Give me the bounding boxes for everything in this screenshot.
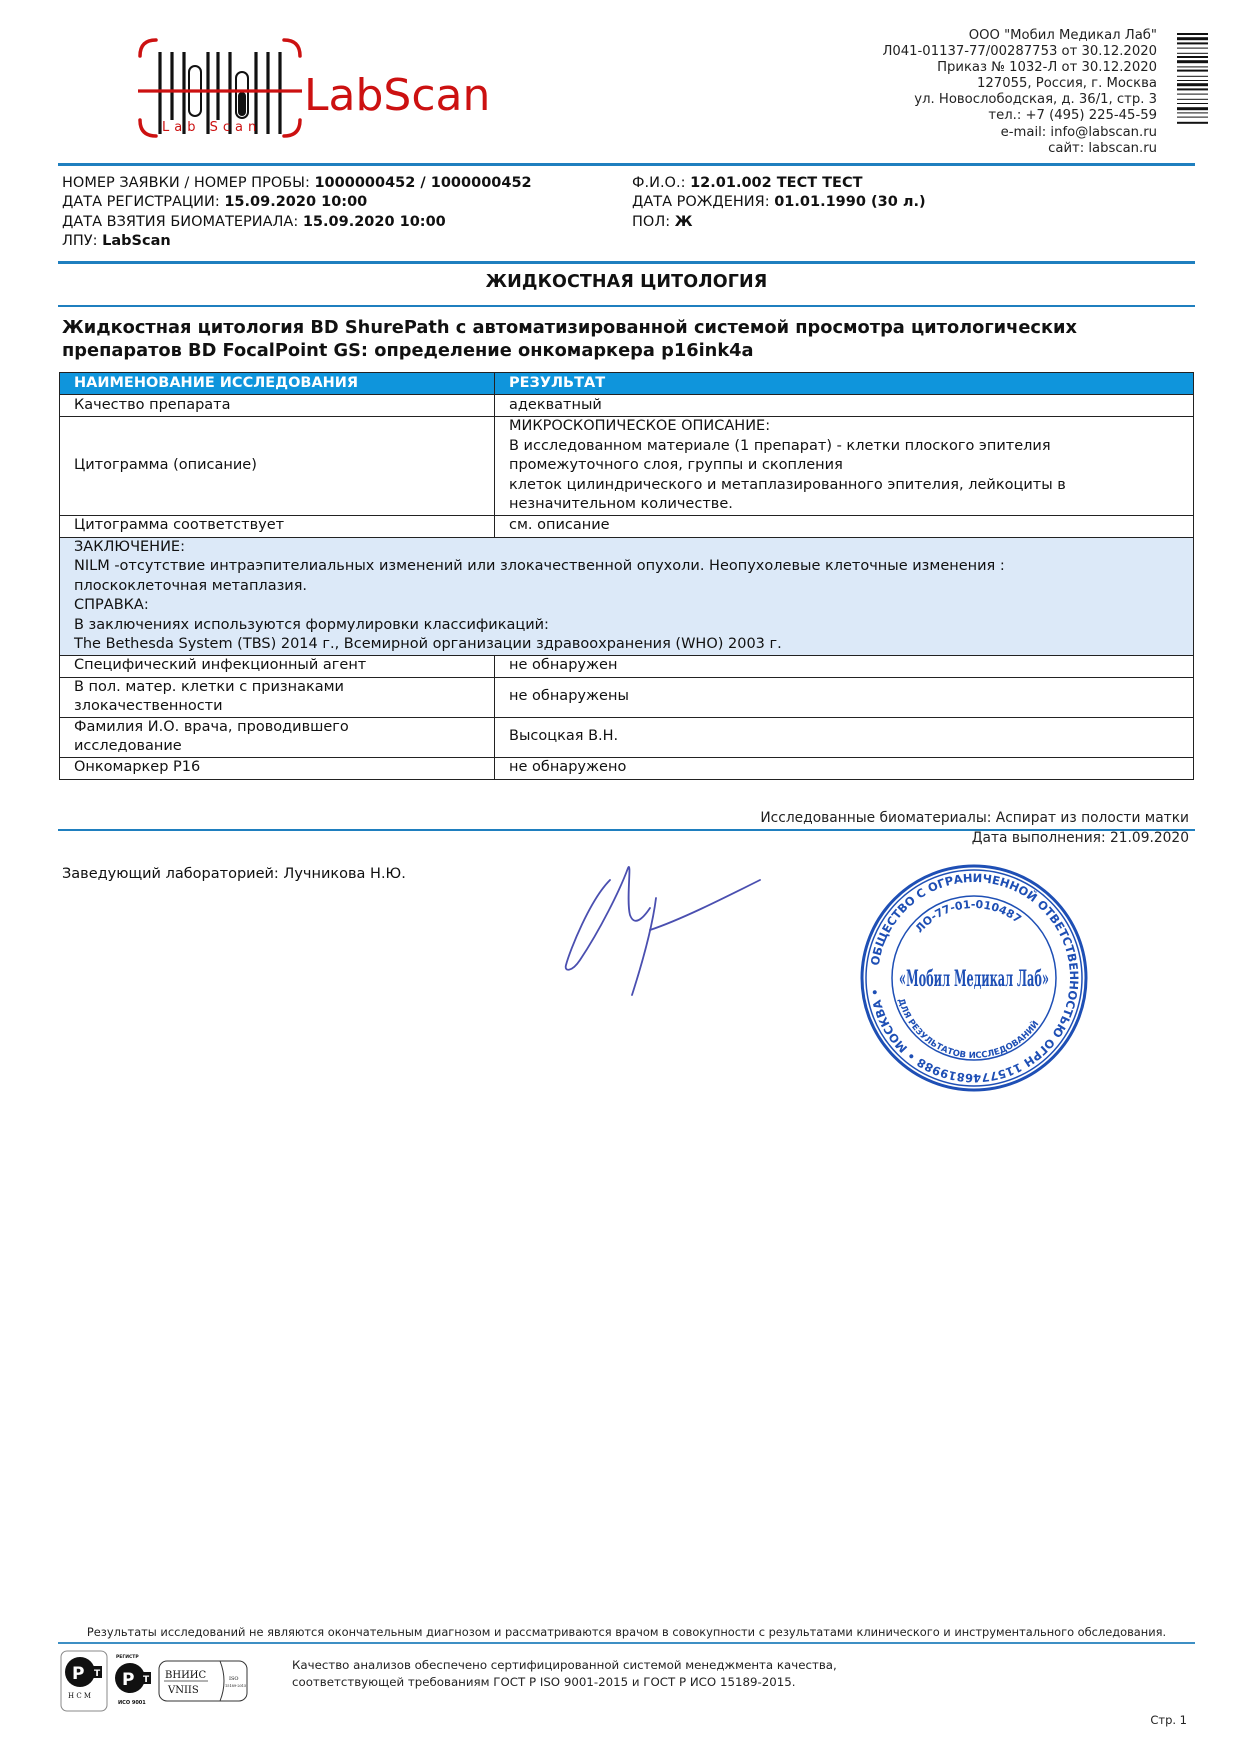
stamp-bottom: ДЛЯ РЕЗУЛЬТАТОВ ИССЛЕДОВАНИЙ <box>895 997 1041 1061</box>
clinic: LabScan <box>102 233 171 249</box>
column-header-name: НАИМЕНОВАНИЕ ИССЛЕДОВАНИЯ <box>60 373 495 395</box>
table-row: Онкомаркер Р16 не обнаружено <box>60 757 1194 779</box>
conclusion-text: ЗАКЛЮЧЕНИЕ: NILM -отсутствие интраэпител… <box>60 537 1194 655</box>
test-result: см. описание <box>495 515 1194 537</box>
patient-name: 12.01.002 ТЕСТ ТЕСТ <box>690 175 862 191</box>
svg-text:ВНИИС: ВНИИС <box>165 1670 207 1681</box>
page-number: Стр. 1 <box>1150 1713 1187 1727</box>
test-result: МИКРОСКОПИЧЕСКОЕ ОПИСАНИЕ: В исследованн… <box>495 417 1194 516</box>
test-name: Качество препарата <box>60 395 495 417</box>
barcode-icon <box>1177 33 1208 161</box>
lab-city: 127055, Россия, г. Москва <box>882 76 1157 92</box>
biomaterials: Исследованные биоматериалы: Аспират из п… <box>760 810 1189 826</box>
section-title: ЖИДКОСТНАЯ ЦИТОЛОГИЯ <box>58 272 1195 292</box>
table-row: Качество препарата адекватный <box>60 395 1194 417</box>
table-row: Фамилия И.О. врача, проводившего исследо… <box>60 717 1194 757</box>
test-result: не обнаружен <box>495 655 1194 677</box>
test-result: Высоцкая В.Н. <box>495 717 1194 757</box>
svg-text:Т: Т <box>143 1675 150 1685</box>
lab-order: Приказ № 1032-Л от 30.12.2020 <box>882 60 1157 76</box>
test-result: адекватный <box>495 395 1194 417</box>
table-row: Цитограмма соответствует см. описание <box>60 515 1194 537</box>
order-number: 1000000452 / 1000000452 <box>314 175 531 191</box>
table-row: Цитограмма (описание) МИКРОСКОПИЧЕСКОЕ О… <box>60 417 1194 516</box>
svg-text:VNIIS: VNIIS <box>167 1685 199 1696</box>
registration-date-line: ДАТА РЕГИСТРАЦИИ: 15.09.2020 10:00 <box>62 193 532 212</box>
clinic-line: ЛПУ: LabScan <box>62 232 532 251</box>
results-table: НАИМЕНОВАНИЕ ИССЛЕДОВАНИЯ РЕЗУЛЬТАТ Каче… <box>59 372 1194 780</box>
table-header: НАИМЕНОВАНИЕ ИССЛЕДОВАНИЯ РЕЗУЛЬТАТ <box>60 373 1194 395</box>
section-rule <box>58 305 1195 307</box>
order-number-line: НОМЕР ЗАЯВКИ / НОМЕР ПРОБЫ: 1000000452 /… <box>62 174 532 193</box>
info-rule <box>58 261 1195 264</box>
quality-statement: Качество анализов обеспечено сертифициро… <box>292 1657 837 1690</box>
column-header-result: РЕЗУЛЬТАТ <box>495 373 1194 395</box>
stamp-icon: ОБЩЕСТВО С ОГРАНИЧЕННОЙ ОТВЕТСТВЕННОСТЬЮ… <box>858 862 1090 1094</box>
lab-site: сайт: labscan.ru <box>882 141 1157 157</box>
lab-street: ул. Новослободская, д. 36/1, стр. 3 <box>882 92 1157 108</box>
svg-text:15189-2015: 15189-2015 <box>225 1684 246 1688</box>
signature-icon <box>560 860 790 1010</box>
svg-text:ISO: ISO <box>229 1676 239 1682</box>
svg-text:P: P <box>72 1664 84 1684</box>
svg-text:РЕГИСТР: РЕГИСТР <box>116 1654 139 1660</box>
head-of-lab: Заведующий лабораторией: Лучникова Н.Ю. <box>62 866 406 882</box>
svg-text:ДЛЯ РЕЗУЛЬТАТОВ ИССЛЕДОВАНИЙ: ДЛЯ РЕЗУЛЬТАТОВ ИССЛЕДОВАНИЙ <box>895 997 1041 1061</box>
svg-text:Т: Т <box>94 1669 101 1679</box>
sex: Ж <box>675 214 693 230</box>
test-result: не обнаружено <box>495 757 1194 779</box>
order-info: НОМЕР ЗАЯВКИ / НОМЕР ПРОБЫ: 1000000452 /… <box>62 174 532 251</box>
rst-iso9001-logo-icon: РЕГИСТР P Т ИСО 9001 <box>115 1654 151 1706</box>
test-title: Жидкостная цитология BD ShurePath с авто… <box>62 316 1192 362</box>
sample-date: 15.09.2020 10:00 <box>303 214 446 230</box>
table-row: В пол. матер. клетки с признаками злокач… <box>60 677 1194 717</box>
svg-text:ИСО 9001: ИСО 9001 <box>118 1700 146 1706</box>
sex-line: ПОЛ: Ж <box>632 213 926 232</box>
lab-phone: тел.: +7 (495) 225-45-59 <box>882 108 1157 124</box>
test-name: Онкомаркер Р16 <box>60 757 495 779</box>
rst-nsm-logo-icon: P Т Н С М <box>61 1651 107 1711</box>
registration-date: 15.09.2020 10:00 <box>224 194 367 210</box>
logo-subtext: Lab Scan <box>162 120 261 135</box>
lab-license: Л041-01137-77/00287753 от 30.12.2020 <box>882 44 1157 60</box>
lab-name: ООО "Мобил Медикал Лаб" <box>882 28 1157 44</box>
lab-contact-info: ООО "Мобил Медикал Лаб" Л041-01137-77/00… <box>882 28 1157 157</box>
conclusion-row: ЗАКЛЮЧЕНИЕ: NILM -отсутствие интраэпител… <box>60 537 1194 655</box>
birth-date: 01.01.1990 (30 л.) <box>774 194 925 210</box>
sample-date-line: ДАТА ВЗЯТИЯ БИОМАТЕРИАЛА: 15.09.2020 10:… <box>62 213 532 232</box>
svg-text:P: P <box>122 1670 134 1690</box>
labscan-logo: Lab Scan LabScan <box>136 30 506 150</box>
lab-email: e-mail: info@labscan.ru <box>882 125 1157 141</box>
test-name: Цитограмма соответствует <box>60 515 495 537</box>
vniis-logo-icon: ВНИИС VNIIS ISO 15189-2015 <box>159 1661 247 1701</box>
stamp-center: «Мобил Медикал Лаб» <box>899 966 1049 992</box>
test-name: В пол. матер. клетки с признаками злокач… <box>60 677 495 717</box>
certification-logos: P Т Н С М РЕГИСТР P Т ИСО 9001 ВНИИС VNI… <box>60 1650 270 1712</box>
footer-rule <box>58 1642 1195 1644</box>
svg-text:Н С М: Н С М <box>68 1692 91 1700</box>
patient-name-line: Ф.И.О.: 12.01.002 ТЕСТ ТЕСТ <box>632 174 926 193</box>
birth-date-line: ДАТА РОЖДЕНИЯ: 01.01.1990 (30 л.) <box>632 193 926 212</box>
test-name: Специфический инфекционный агент <box>60 655 495 677</box>
test-result: не обнаружены <box>495 677 1194 717</box>
test-name: Цитограмма (описание) <box>60 417 495 516</box>
logo-title: LabScan <box>304 70 490 121</box>
execution-date: Дата выполнения: 21.09.2020 <box>972 830 1189 846</box>
table-row: Специфический инфекционный агент не обна… <box>60 655 1194 677</box>
header-rule <box>58 163 1195 166</box>
patient-info: Ф.И.О.: 12.01.002 ТЕСТ ТЕСТ ДАТА РОЖДЕНИ… <box>632 174 926 232</box>
disclaimer: Результаты исследований не являются окон… <box>58 1625 1195 1639</box>
test-name: Фамилия И.О. врача, проводившего исследо… <box>60 717 495 757</box>
